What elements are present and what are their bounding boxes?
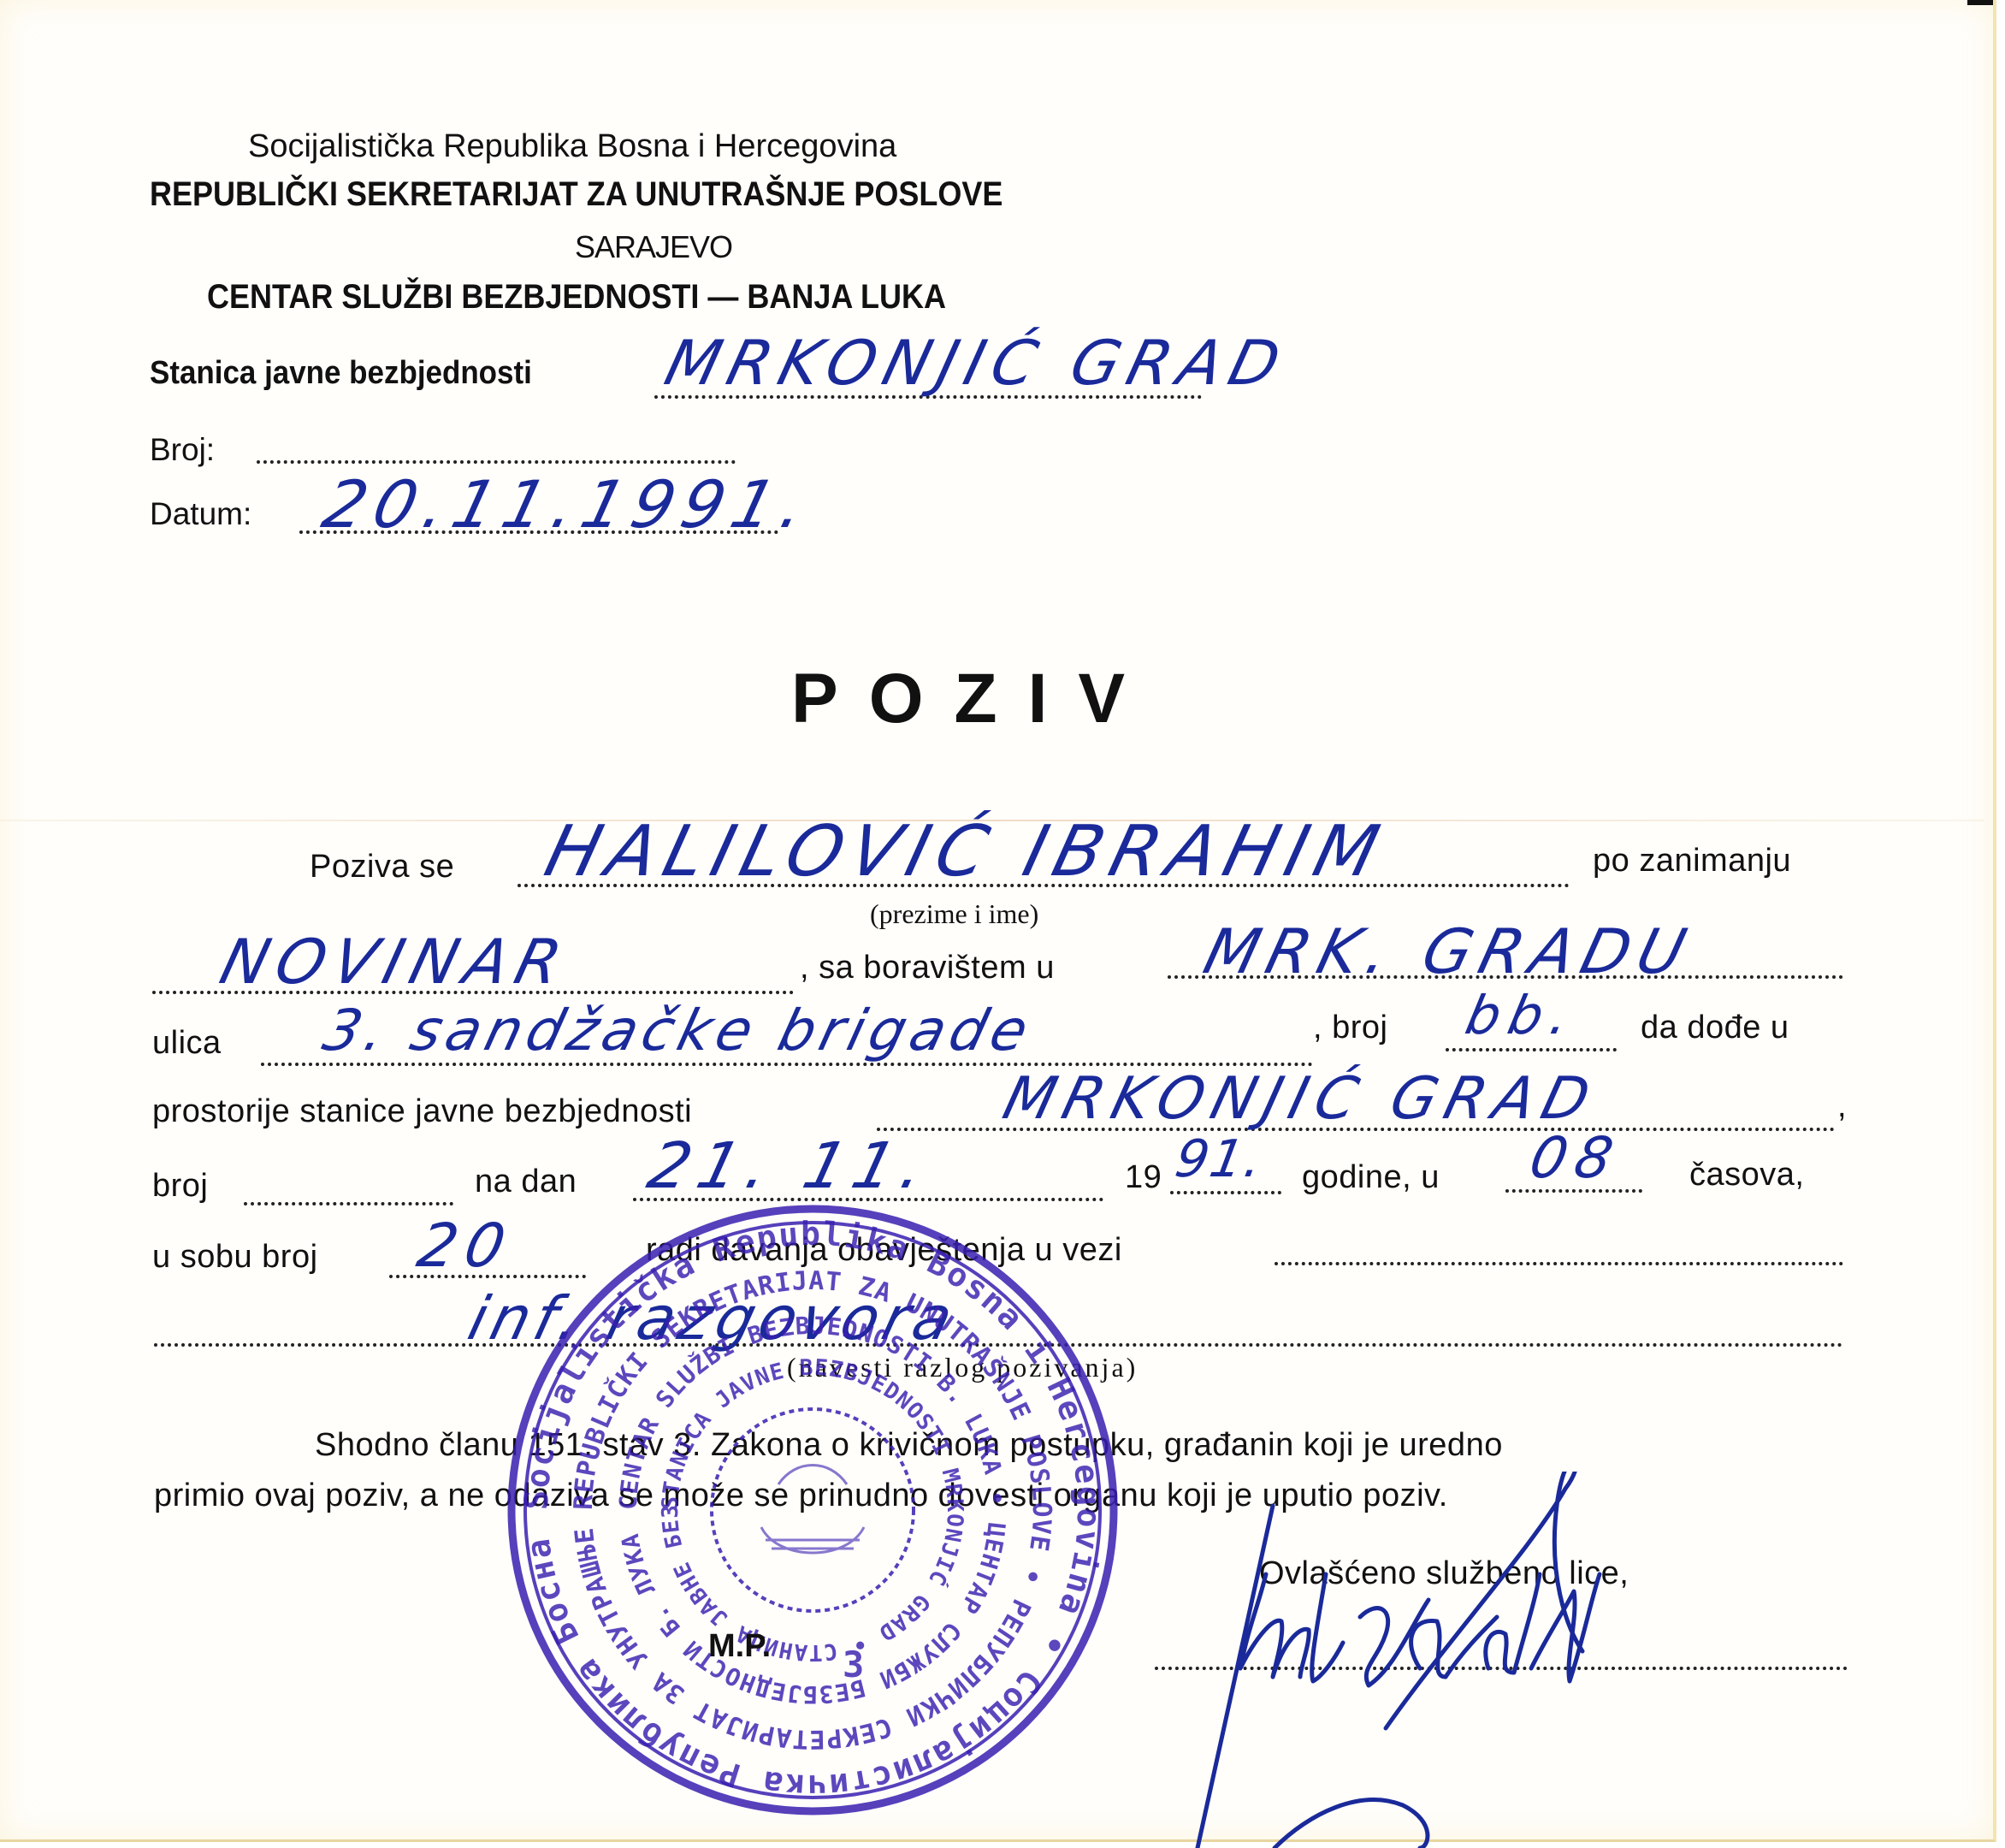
- header-city: SARAJEVO: [575, 229, 732, 265]
- broj-house-label: , broj: [1313, 1010, 1387, 1046]
- signature-field[interactable]: [1189, 1472, 1668, 1848]
- year-prefix: 19: [1125, 1159, 1162, 1196]
- name-field[interactable]: HALILOVIĆ IBRAHIM: [537, 811, 1395, 892]
- poziva-se-label: Poziva se: [310, 849, 454, 885]
- day-field[interactable]: 21. 11.: [641, 1129, 940, 1203]
- datum-label: Datum:: [150, 496, 251, 532]
- svg-text:3: 3: [843, 1644, 864, 1685]
- broj-label: Broj:: [150, 432, 215, 468]
- official-stamp: Socijalistička Republika Bosna i Hercego…: [505, 1202, 1121, 1818]
- hour-field[interactable]: 08: [1524, 1125, 1627, 1191]
- datum-field[interactable]: 20.11.1991.: [316, 466, 822, 542]
- broj-field[interactable]: [257, 460, 736, 464]
- street-field[interactable]: 3. sandžačke brigade: [316, 998, 1039, 1063]
- room-field[interactable]: 20: [411, 1211, 520, 1281]
- occupation-field[interactable]: NOVINAR: [214, 926, 577, 998]
- residence-field[interactable]: MRK. GRADU: [1198, 915, 1701, 987]
- reason-field-line-1: [1275, 1262, 1843, 1265]
- document-page: Socijalistička Republika Bosna i Hercego…: [0, 0, 1996, 1842]
- station-label: Stanica javne bezbjednosti: [150, 355, 532, 392]
- premises-station-field[interactable]: MRKONJIĆ GRAD: [997, 1065, 1605, 1133]
- godine-label: godine, u: [1302, 1159, 1440, 1196]
- mp-label: M.P.: [708, 1628, 771, 1665]
- da-dode-label: da dođe u: [1641, 1010, 1789, 1046]
- prostorije-label: prostorije stanice javne bezbjednosti: [152, 1093, 692, 1130]
- name-hint: (prezime i ime): [870, 898, 1038, 930]
- ulica-label: ulica: [152, 1025, 222, 1062]
- na-dan-label: na dan: [475, 1164, 577, 1200]
- house-number-field[interactable]: bb.: [1460, 984, 1583, 1046]
- casova-label: časova,: [1689, 1157, 1804, 1193]
- header-secretariat: REPUBLIČKI SEKRETARIJAT ZA UNUTRAŠNJE PO…: [150, 175, 1002, 214]
- broj2-field[interactable]: [244, 1202, 453, 1205]
- document-title: POZIV: [791, 659, 1156, 739]
- station-field[interactable]: MRKONJIĆ GRAD: [659, 327, 1296, 399]
- comma: ,: [1837, 1088, 1847, 1125]
- u-sobu-label: u sobu broj: [152, 1239, 318, 1276]
- house-number-field-line: [1446, 1048, 1617, 1051]
- header-center: CENTAR SLUŽBI BEZBJEDNOSTI — BANJA LUKA: [207, 278, 946, 317]
- scan-edge: [1967, 0, 1993, 5]
- broj2-label: broj: [152, 1168, 208, 1205]
- boraviste-label: , sa boravištem u: [800, 950, 1055, 986]
- year-field-line: [1170, 1191, 1281, 1194]
- year-field[interactable]: 91.: [1171, 1129, 1269, 1189]
- po-zanimanju-label: po zanimanju: [1593, 843, 1791, 880]
- svg-text:STANICA JAVNE BEZBJEDNOSTI MRK: STANICA JAVNE BEZBJEDNOSTI MRKONJIĆ GRAD…: [505, 1202, 967, 1665]
- header-republic: Socijalistička Republika Bosna i Hercego…: [248, 128, 896, 165]
